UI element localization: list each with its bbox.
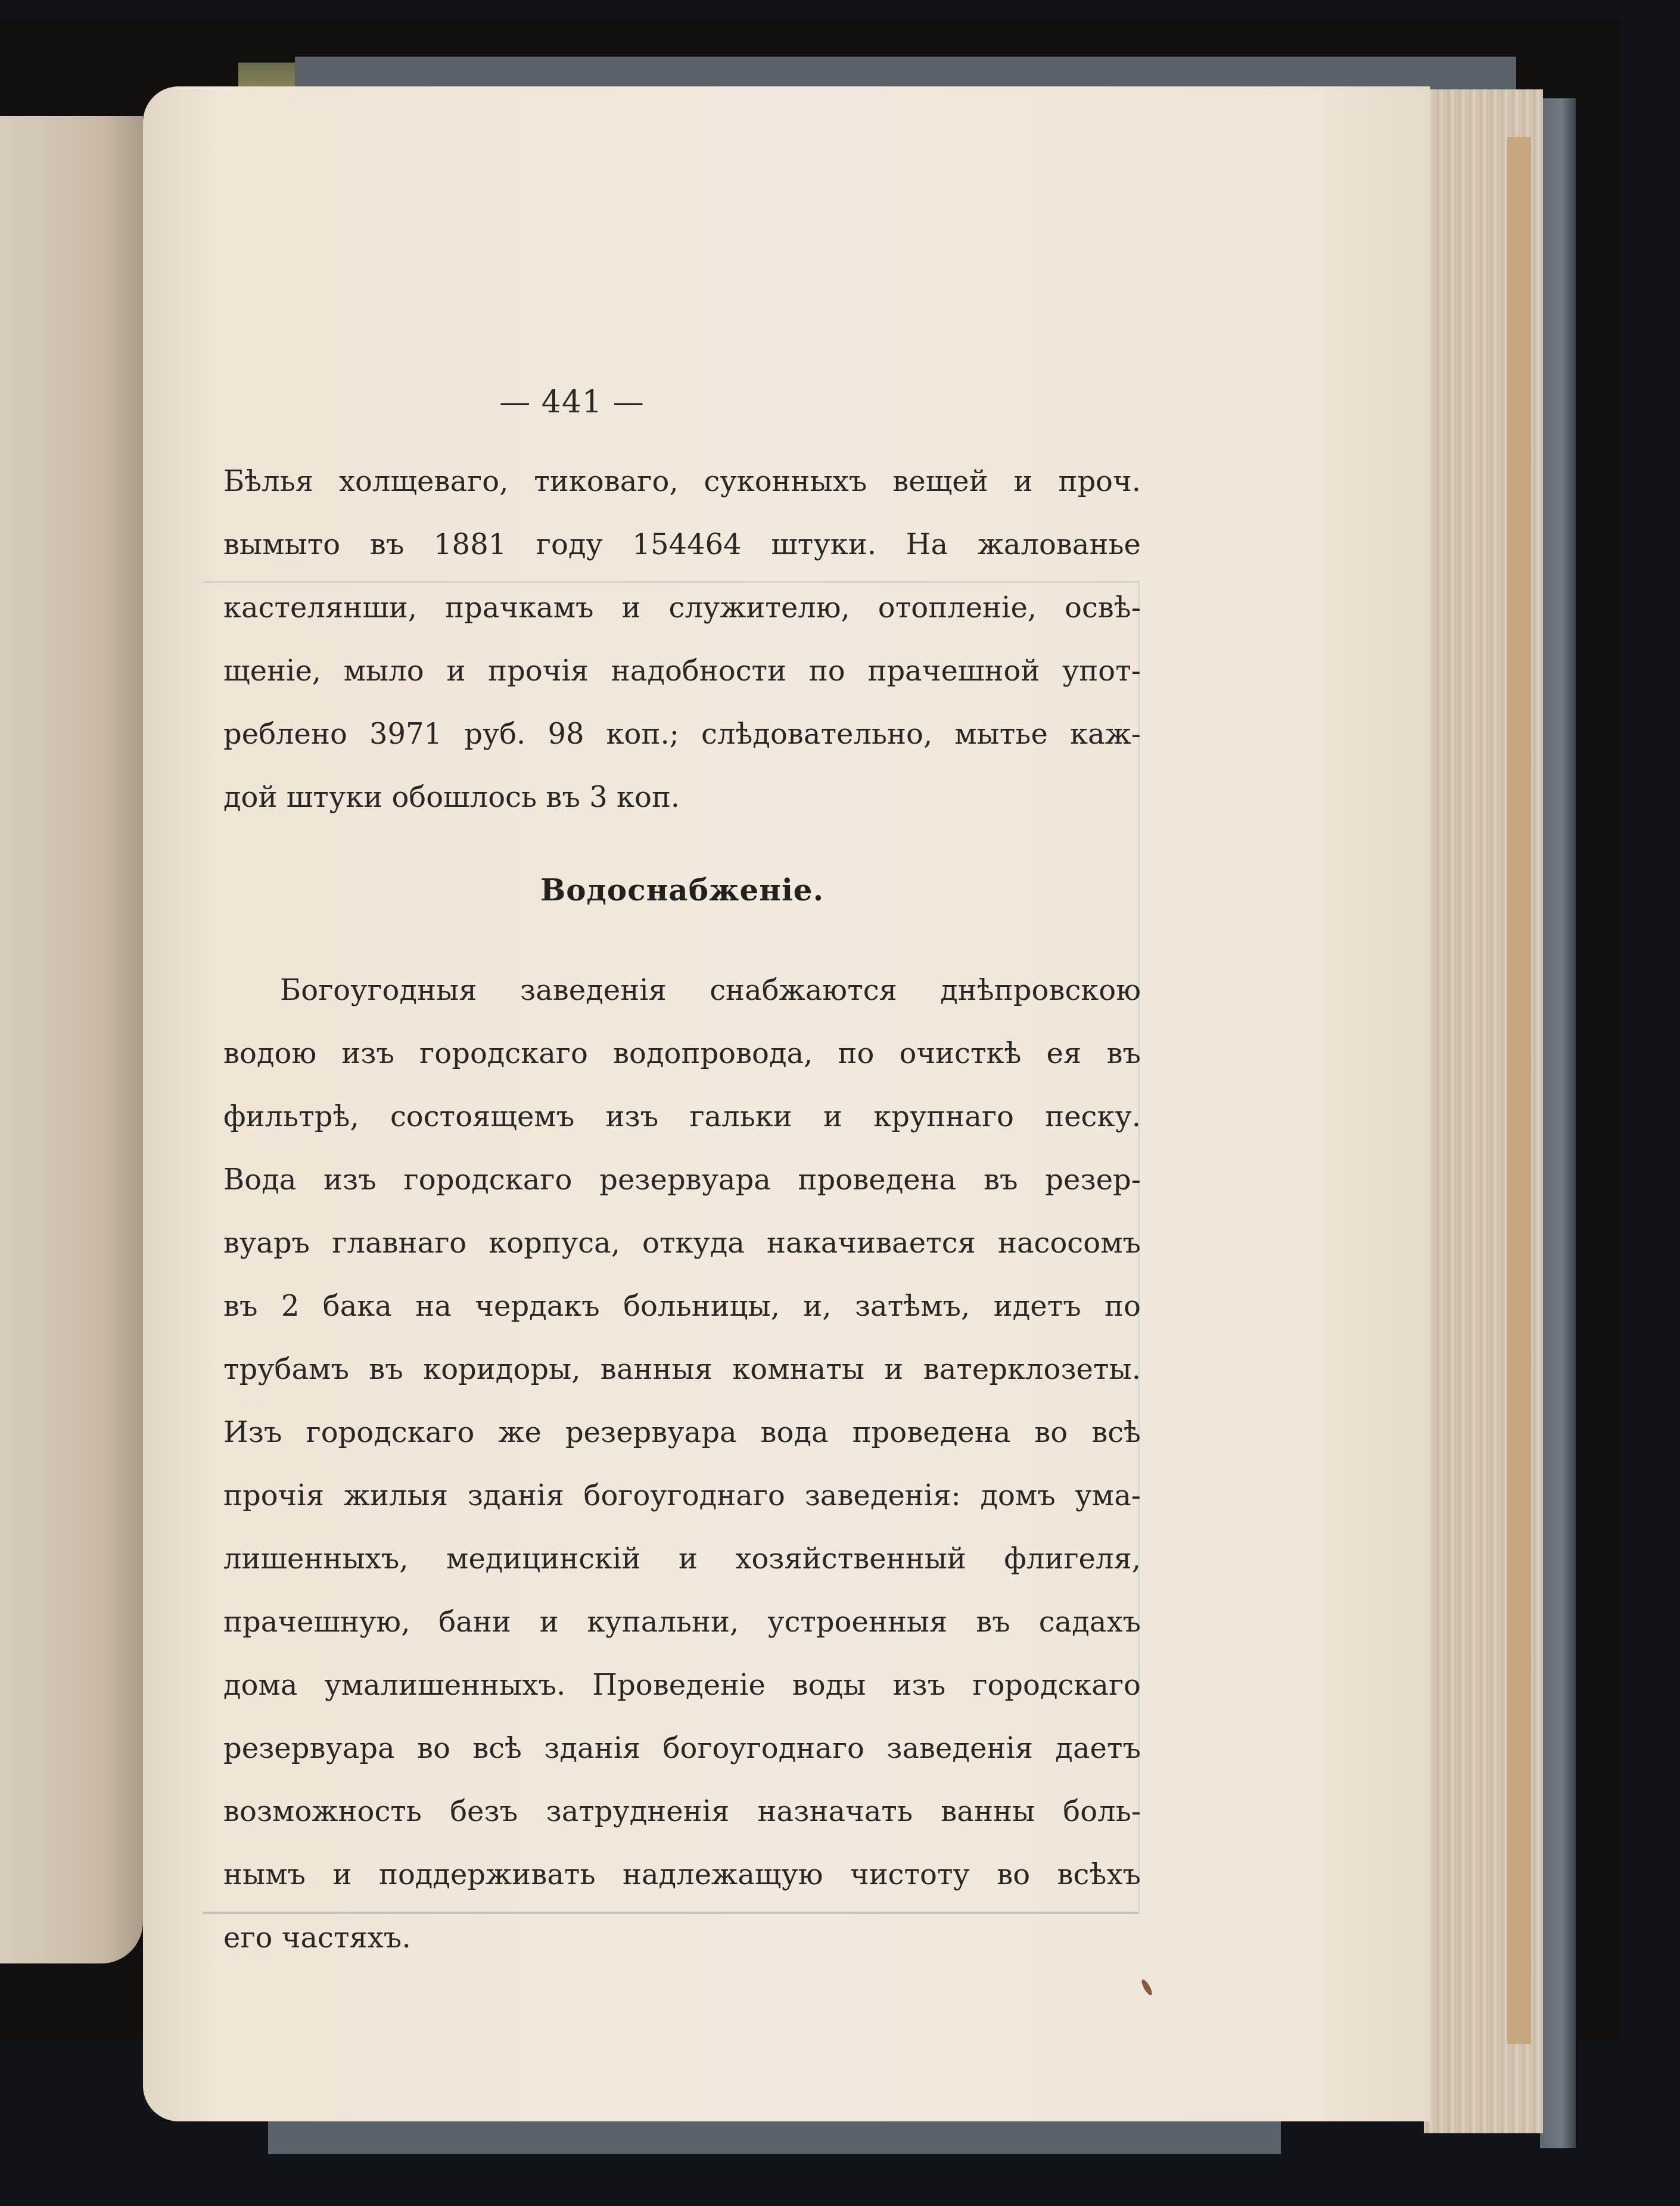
text-line: его частяхъ. [223, 1906, 1141, 1969]
text-line: вымыто въ 1881 году 154464 штуки. На жал… [223, 513, 1141, 576]
text-line: водою изъ городскаго водопровода, по очи… [223, 1022, 1141, 1085]
page-edge-stain [1507, 137, 1531, 2044]
left-page-edge [0, 116, 143, 1963]
text-line: фильтрѣ, состоящемъ изъ гальки и крупнаг… [223, 1085, 1141, 1148]
text-line: прачешную, бани и купальни, устроенныя в… [223, 1590, 1141, 1654]
text-line: прочія жилыя зданія богоугоднаго заведен… [223, 1464, 1141, 1527]
text-line: возможность безъ затрудненія назначать в… [223, 1780, 1141, 1843]
text-line: лишенныхъ, медицинскій и хозяйственный ф… [223, 1527, 1141, 1590]
right-page: — 441 — Бѣлья холщеваго, тиковаго, сукон… [143, 86, 1430, 2121]
paragraph-laundry: Бѣлья холщеваго, тиковаго, суконныхъ вещ… [223, 450, 1141, 829]
text-line: Бѣлья холщеваго, тиковаго, суконныхъ вещ… [223, 450, 1141, 513]
text-line: нымъ и поддерживать надлежащую чистоту в… [223, 1843, 1141, 1906]
text-line: Вода изъ городскаго резервуара проведена… [223, 1148, 1141, 1211]
paragraph-water-supply: Богоугодныя заведенія снабжаются днѣпров… [223, 959, 1141, 1969]
text-line: дома умалишенныхъ. Проведеніе воды изъ г… [223, 1654, 1141, 1717]
section-heading: Водоснабженіе. [223, 869, 1141, 911]
paper-speck [1140, 1978, 1154, 1997]
text-line: реблено 3971 руб. 98 коп.; слѣдовательно… [223, 703, 1141, 766]
page-body: Бѣлья холщеваго, тиковаго, суконныхъ вещ… [223, 450, 1141, 1969]
text-line: резервуара во всѣ зданія богоугоднаго за… [223, 1717, 1141, 1780]
text-line: въ 2 бака на чердакъ больницы, и, затѣмъ… [223, 1275, 1141, 1338]
page-edges [1424, 89, 1543, 2133]
page-number: — 441 — [143, 384, 1430, 420]
text-line: трубамъ въ коридоры, ванныя комнаты и ва… [223, 1338, 1141, 1401]
book-cover-right [1540, 98, 1576, 2148]
text-line: дой штуки обошлось въ 3 коп. [223, 766, 1141, 829]
text-line: Изъ городскаго же резервуара вода провед… [223, 1401, 1141, 1464]
text-line: вуаръ главнаго корпуса, откуда накачивае… [223, 1211, 1141, 1275]
text-line: щеніе, мыло и прочія надобности по праче… [223, 639, 1141, 703]
text-line: кастелянши, прачкамъ и служителю, отопле… [223, 576, 1141, 639]
text-line: Богоугодныя заведенія снабжаются днѣпров… [223, 959, 1141, 1022]
